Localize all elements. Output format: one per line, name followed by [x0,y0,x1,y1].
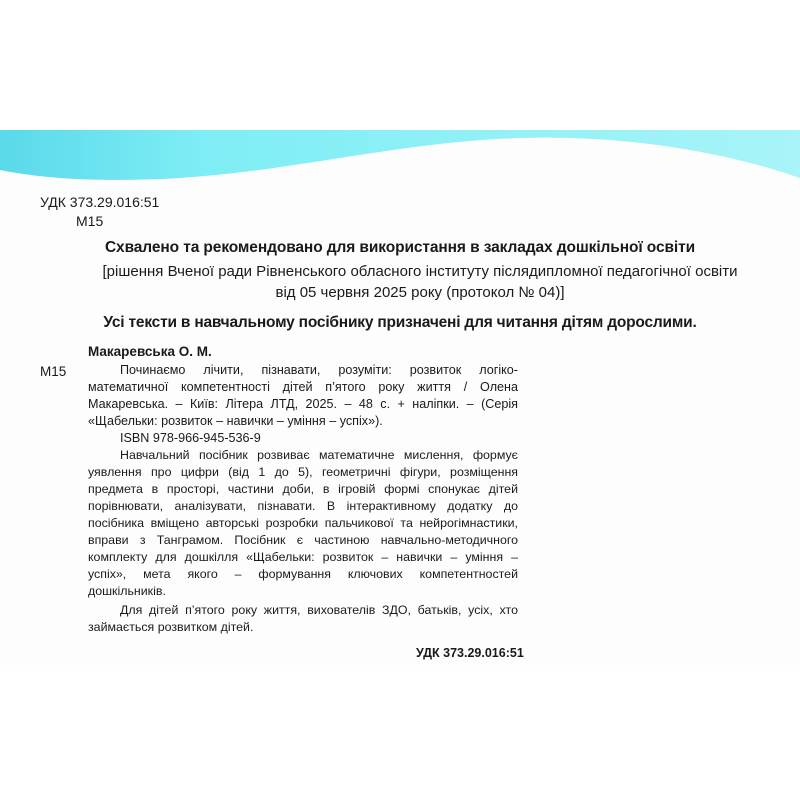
approval-decision-line: від 05 червня 2025 року (протокол № 04)] [40,282,800,303]
author-mark: М15 [76,212,103,230]
catalog-author: Макаревська О. М. [88,344,212,359]
reading-note: Усі тексти в навчальному посібнику призн… [0,313,800,333]
approval-decision: [рішення Вченої ради Рівненського обласн… [40,261,800,303]
audience-paragraph: Для дітей п’ятого року життя, вихователі… [88,602,518,636]
bibliographic-record: Починаємо лічити, пізнавати, розуміти: р… [88,362,518,430]
approval-decision-line: [рішення Вченої ради Рівненського обласн… [40,261,800,282]
udc-code-footer: УДК 373.29.016:51 [416,646,524,660]
catalog-description: Починаємо лічити, пізнавати, розуміти: р… [88,362,518,447]
annotation: Навчальний посібник розвиває математичне… [88,447,518,636]
udc-code: УДК 373.29.016:51 [40,193,159,211]
catalog-author-mark: М15 [40,364,66,379]
approval-title: Схвалено та рекомендовано для використан… [0,238,800,258]
annotation-paragraph: Навчальний посібник розвиває математичне… [88,447,518,600]
isbn: ISBN 978-966-945-536-9 [88,430,518,447]
